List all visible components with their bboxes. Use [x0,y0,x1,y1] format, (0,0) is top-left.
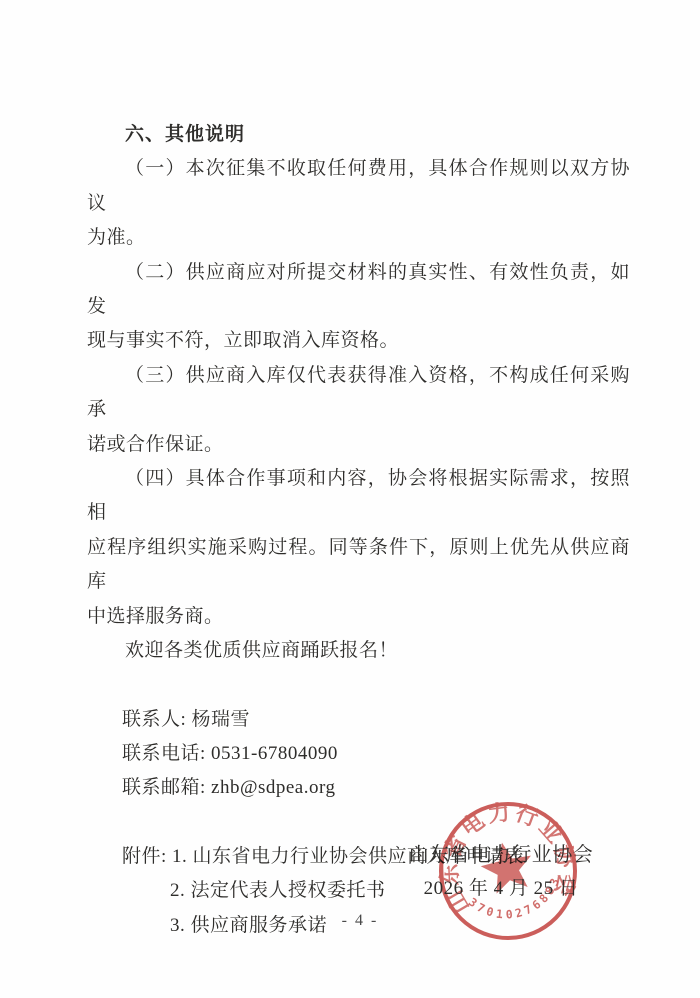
body-line: （二）供应商应对所提交材料的真实性、有效性负责，如发 [87,256,630,325]
body-line: 为准。 [87,221,630,255]
section-heading: 六、其他说明 [87,118,630,152]
document-page: 六、其他说明 （一）本次征集不收取任何费用，具体合作规则以双方协议 为准。 （二… [0,0,700,998]
body-line: 中选择服务商。 [87,600,630,634]
contact-person: 联系人: 杨瑞雪 [122,703,630,737]
body-line: 现与事实不符，立即取消入库资格。 [87,324,630,358]
welcome-line: 欢迎各类优质供应商踊跃报名！ [87,634,630,668]
body-line: 诺或合作保证。 [87,428,630,462]
signature-block: 山东省电力行业协会 2026 年 4 月 25 日 [405,838,597,906]
signature-date: 2026 年 4 月 25 日 [405,872,597,906]
body-line: （四）具体合作事项和内容，协会将根据实际需求，按照相 [87,462,630,531]
body-line: （三）供应商入库仅代表获得准入资格，不构成任何采购承 [87,359,630,428]
body-line: （一）本次征集不收取任何费用，具体合作规则以双方协议 [87,152,630,221]
body-line: 应程序组织实施采购过程。同等条件下，原则上优先从供应商库 [87,531,630,600]
signature-org-name: 山东省电力行业协会 [405,838,597,872]
contact-phone: 联系电话: 0531-67804090 [122,737,630,771]
